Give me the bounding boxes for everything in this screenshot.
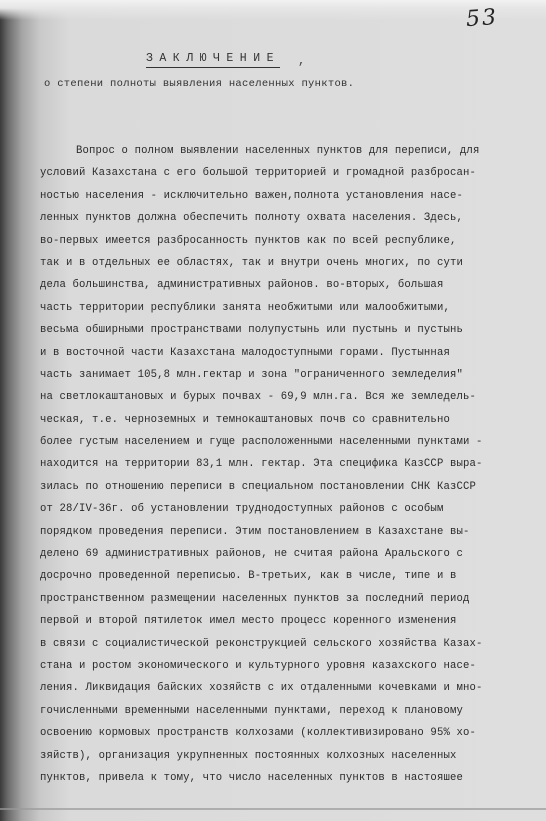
body-line: Вопрос о полном выявлении населенных пун… [40,140,520,162]
document-heading: ЗАКЛЮЧЕНИЕ [146,52,280,68]
scanned-document-page: 53 ЗАКЛЮЧЕНИЕ , о степени полноты выявле… [0,0,546,821]
body-line: ленных пунктов должна обеспечить полноту… [40,207,520,229]
body-line: первой и второй пятилеток имел место про… [40,610,520,632]
body-line: условий Казахстана с его большой террито… [40,162,520,184]
body-line: во-первых имеется разбросанность пунктов… [40,230,520,252]
body-line: гочисленными временными населенными пунк… [40,700,520,722]
body-line: зилась по отношению переписи в специальн… [40,476,520,498]
body-line: часть территории республики занята необж… [40,297,520,319]
body-line: зяйств), организация укрупненных постоян… [40,745,520,767]
body-line: от 28/IV-36г. об установлении труднодост… [40,498,520,520]
body-line: более густым населением и гуще расположе… [40,431,520,453]
body-line: пространственном размещении населенных п… [40,588,520,610]
body-line: часть занимает 105,8 млн.гектар и зона "… [40,364,520,386]
body-line: и в восточной части Казахстана малодосту… [40,342,520,364]
body-line: дела большинства, административных район… [40,274,520,296]
body-line: пунктов, привела к тому, что число насел… [40,767,520,789]
handwritten-folio-number: 53 [465,5,499,32]
body-line: так и в отдельных ее областях, так и вну… [40,252,520,274]
body-line: ления. Ликвидация байских хозяйств с их … [40,677,520,699]
body-line: находится на территории 83,1 млн. гектар… [40,453,520,475]
body-line: в связи с социалистической реконструкцие… [40,633,520,655]
body-line: освоению кормовых пространств колхозами … [40,722,520,744]
body-line: ческая, т.е. черноземных и темнокаштанов… [40,409,520,431]
body-line: на светлокаштановых и бурых почвах - 69,… [40,386,520,408]
body-line: досрочно проведенной переписью. В-третьи… [40,565,520,587]
body-line: делено 69 административных районов, не с… [40,543,520,565]
body-line: стана и ростом экономического и культурн… [40,655,520,677]
body-line: ностью населения - исключительно важен,п… [40,185,520,207]
body-line: порядком проведения переписи. Этим поста… [40,521,520,543]
body-line: весьма обширными пространствами полупуст… [40,319,520,341]
document-subheading: о степени полноты выявления населенных п… [44,78,354,90]
heading-mark: , [298,54,305,68]
document-body: Вопрос о полном выявлении населенных пун… [40,140,520,789]
